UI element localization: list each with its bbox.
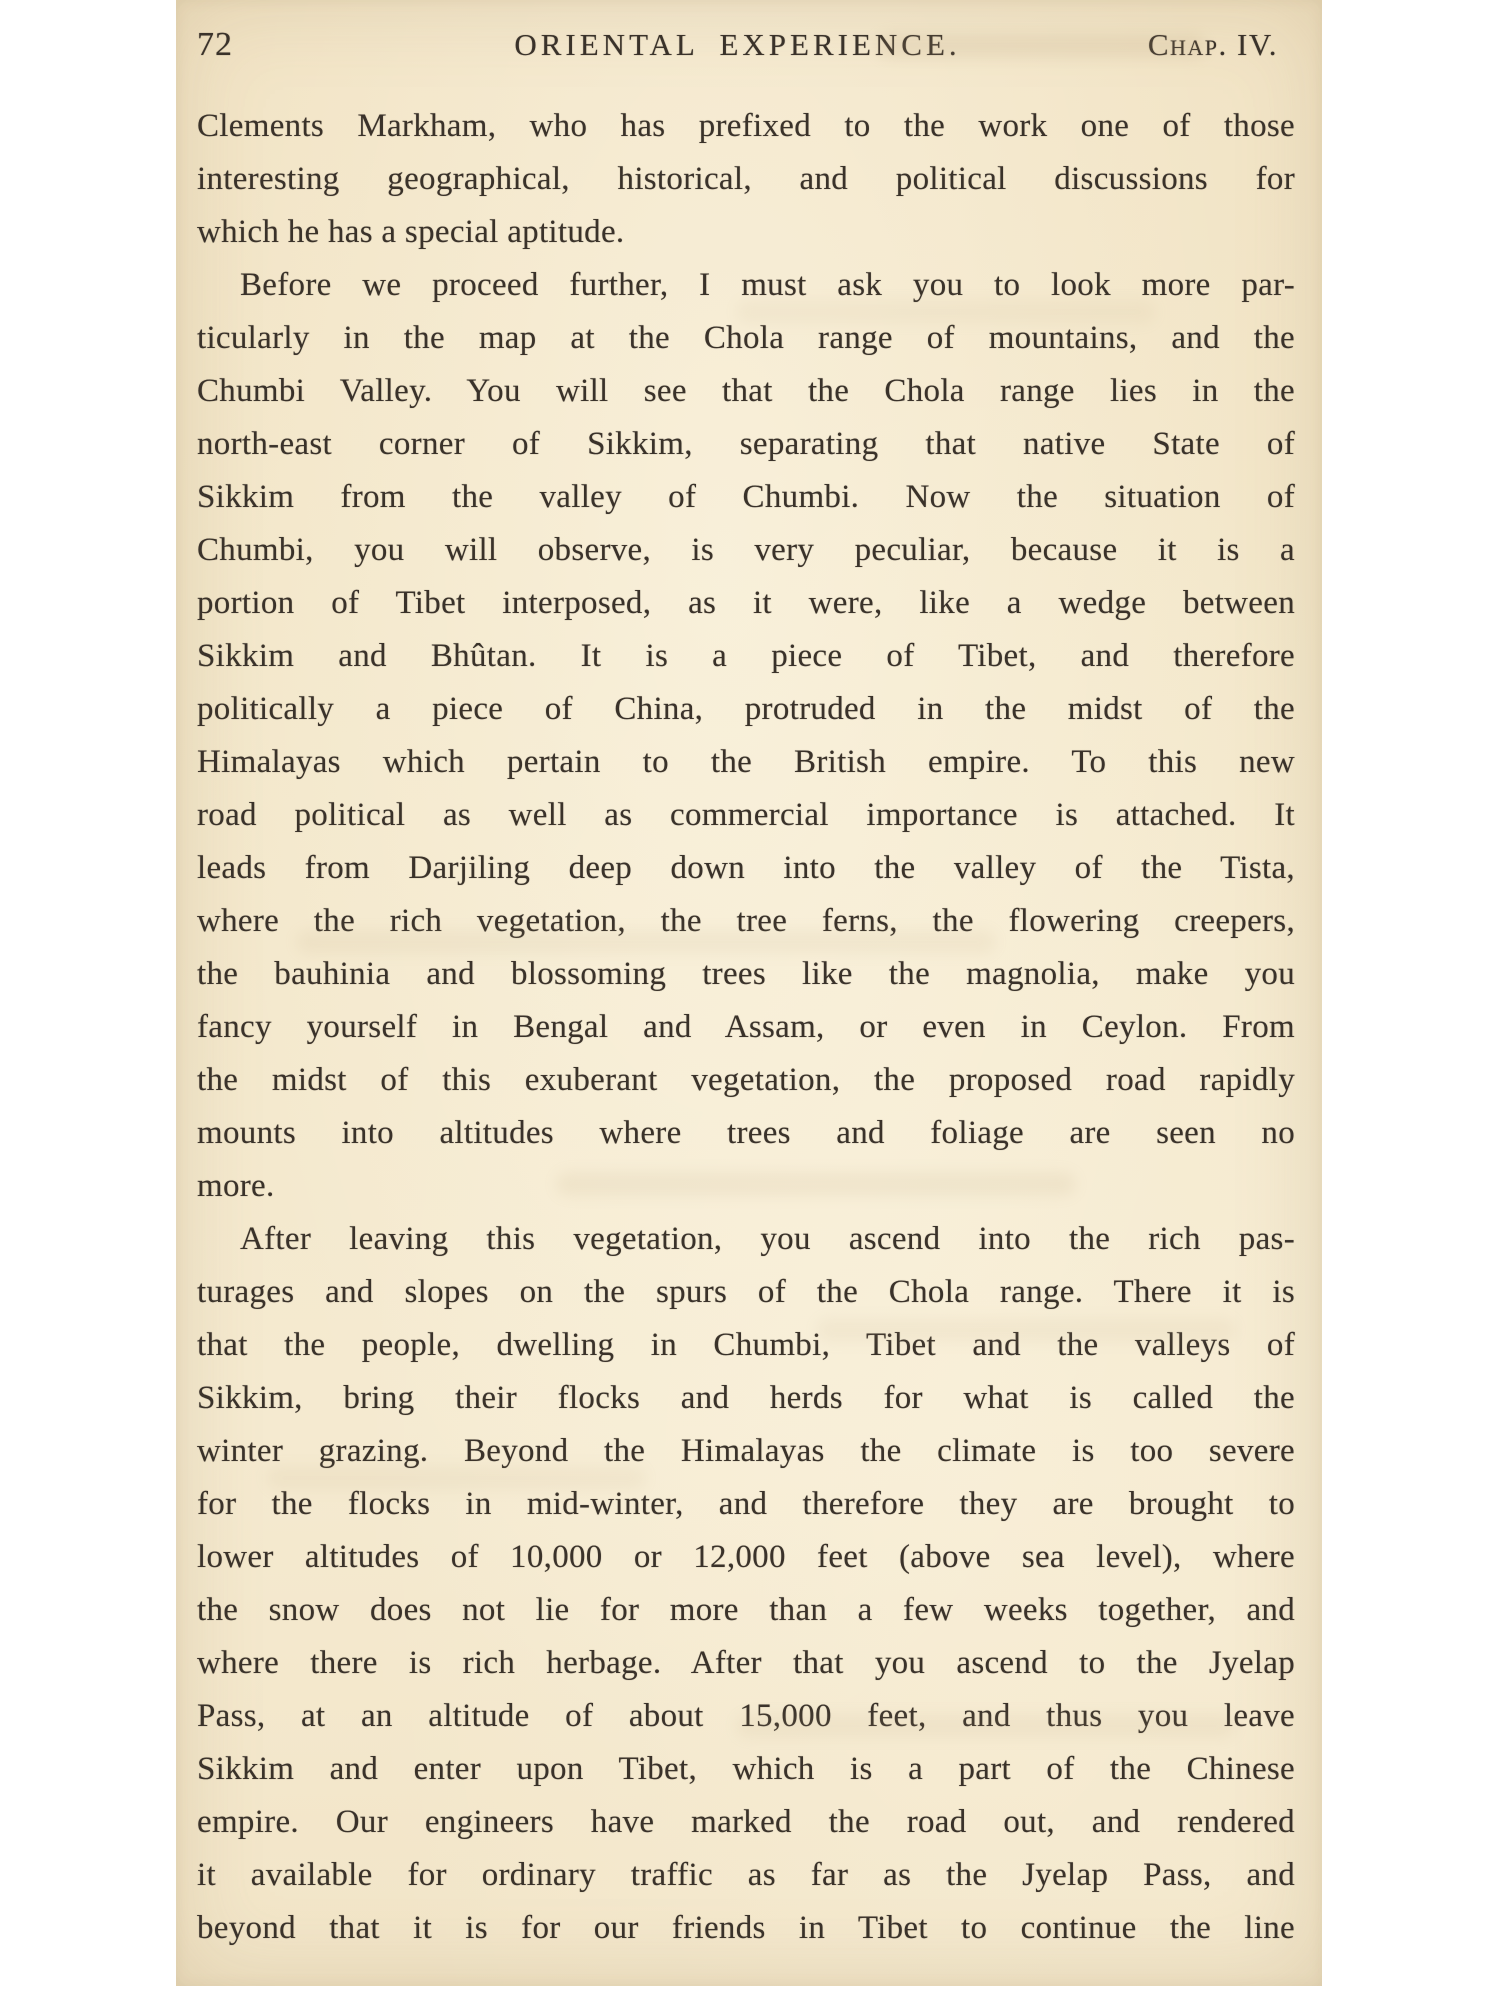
chapter-heading: Chap. IV.	[961, 27, 1278, 63]
text-line: which he has a special aptitude.	[197, 206, 1295, 259]
text-line: where the rich vegetation, the tree fern…	[197, 895, 1295, 948]
text-line: Chumbi Valley. You will see that the Cho…	[197, 365, 1295, 418]
text-line: Sikkim and Bhûtan. It is a piece of Tibe…	[197, 630, 1295, 683]
text-line: north-east corner of Sikkim, separating …	[197, 418, 1295, 471]
text-line: lower altitudes of 10,000 or 12,000 feet…	[197, 1531, 1295, 1584]
text-line: turages and slopes on the spurs of the C…	[197, 1266, 1295, 1319]
text-line: Sikkim, bring their flocks and herds for…	[197, 1372, 1295, 1425]
text-line: for the flocks in mid-winter, and theref…	[197, 1478, 1295, 1531]
text-line: that the people, dwelling in Chumbi, Tib…	[197, 1319, 1295, 1372]
text-line: Before we proceed further, I must ask yo…	[197, 259, 1295, 312]
running-header: 72 ORIENTAL EXPERIENCE. Chap. IV.	[197, 26, 1278, 64]
text-line: mounts into altitudes where trees and fo…	[197, 1107, 1295, 1160]
text-line: where there is rich herbage. After that …	[197, 1637, 1295, 1690]
text-line: it available for ordinary traffic as far…	[197, 1849, 1295, 1902]
text-line: winter grazing. Beyond the Himalayas the…	[197, 1425, 1295, 1478]
text-line: After leaving this vegetation, you ascen…	[197, 1213, 1295, 1266]
text-line: Himalayas which pertain to the British e…	[197, 736, 1295, 789]
text-line: ticularly in the map at the Chola range …	[197, 312, 1295, 365]
text-line: interesting geographical, historical, an…	[197, 153, 1295, 206]
text-line: Chumbi, you will observe, is very peculi…	[197, 524, 1295, 577]
paragraph: After leaving this vegetation, you ascen…	[197, 1213, 1295, 1955]
text-line: politically a piece of China, protruded …	[197, 683, 1295, 736]
running-title: ORIENTAL EXPERIENCE.	[514, 27, 960, 63]
text-line: Sikkim and enter upon Tibet, which is a …	[197, 1743, 1295, 1796]
paragraph: Clements Markham, who has prefixed to th…	[197, 100, 1295, 259]
text-line: portion of Tibet interposed, as it were,…	[197, 577, 1295, 630]
text-line: beyond that it is for our friends in Tib…	[197, 1902, 1295, 1955]
text-line: the snow does not lie for more than a fe…	[197, 1584, 1295, 1637]
text-line: Clements Markham, who has prefixed to th…	[197, 100, 1295, 153]
text-line: empire. Our engineers have marked the ro…	[197, 1796, 1295, 1849]
text-line: fancy yourself in Bengal and Assam, or e…	[197, 1001, 1295, 1054]
text-line: the midst of this exuberant vegetation, …	[197, 1054, 1295, 1107]
text-line: road political as well as commercial imp…	[197, 789, 1295, 842]
page-scan: 72 ORIENTAL EXPERIENCE. Chap. IV. Clemen…	[176, 0, 1322, 1986]
paragraph: Before we proceed further, I must ask yo…	[197, 259, 1295, 1213]
text-line: the bauhinia and blossoming trees like t…	[197, 948, 1295, 1001]
page-body: Clements Markham, who has prefixed to th…	[197, 100, 1295, 1955]
text-line: Sikkim from the valley of Chumbi. Now th…	[197, 471, 1295, 524]
text-line: more.	[197, 1160, 1295, 1213]
text-line: leads from Darjiling deep down into the …	[197, 842, 1295, 895]
screenshot-root: { "page": { "colors": { "paper": "#f2e4c…	[0, 0, 1500, 2000]
text-line: Pass, at an altitude of about 15,000 fee…	[197, 1690, 1295, 1743]
page-number: 72	[197, 26, 514, 64]
